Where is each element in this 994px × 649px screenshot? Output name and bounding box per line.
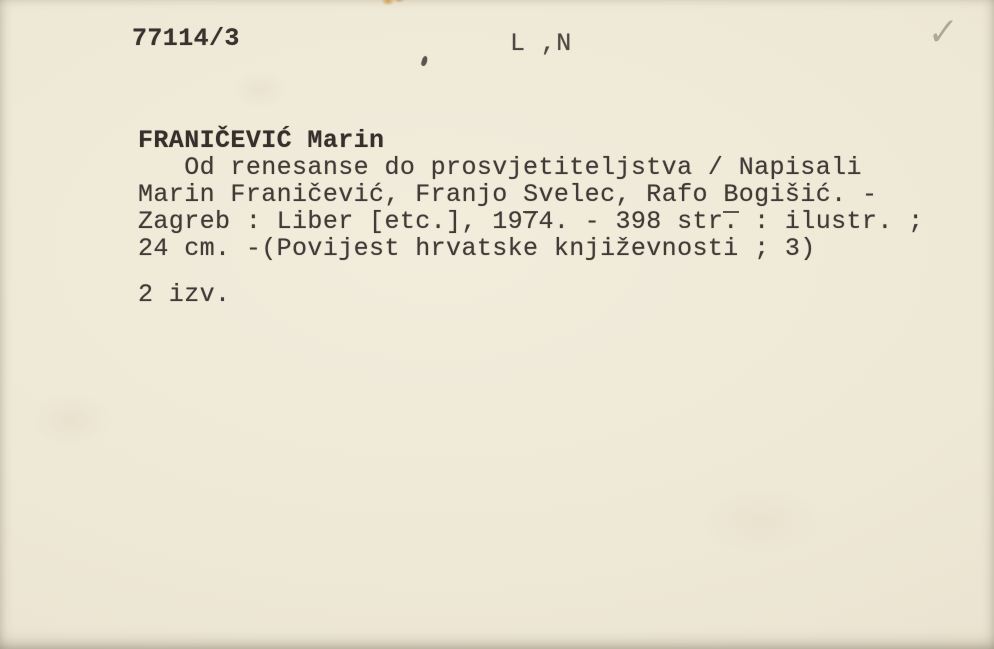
ink-speck [421, 56, 429, 67]
call-number: 77114/3 [132, 25, 240, 52]
catalog-entry: FRANIČEVIĆ Marin Od renesanse do prosvje… [138, 127, 924, 262]
series-line: 24 cm. -(Povijest hrvatske književnosti … [138, 235, 924, 262]
copies-note: 2 izv. [138, 281, 230, 308]
title-statement-line: Od renesanse do prosvjetiteljstva / Napi… [138, 154, 924, 181]
catalog-card: 77114/3 L ,N ✓ FRANIČEVIĆ Marin Od renes… [0, 0, 994, 649]
imprint-line: Zagreb : Liber [etc.], 1974. - 398 str. … [138, 208, 924, 235]
classification-code: L ,N [510, 30, 572, 57]
rust-stain [378, 0, 408, 10]
authors-line: Marin Franičević, Franjo Svelec, Rafo Bo… [138, 181, 924, 208]
pencil-checkmark-icon: ✓ [927, 10, 960, 55]
author-heading: FRANIČEVIĆ Marin [138, 127, 924, 154]
